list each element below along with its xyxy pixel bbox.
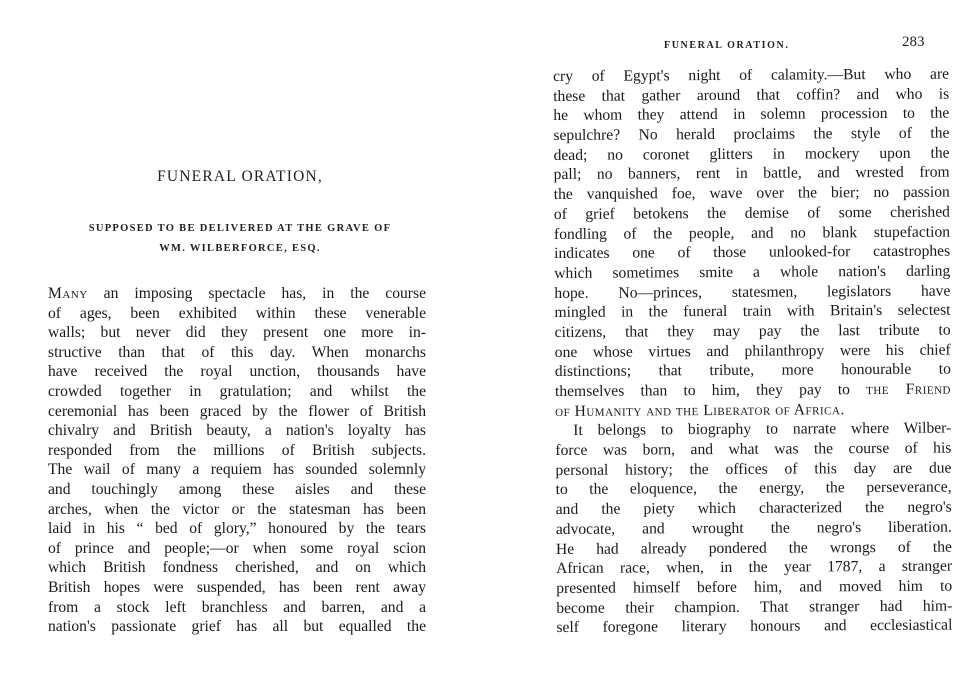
text-line: of grief betokens the demise of some che… (554, 202, 950, 224)
small-caps-phrase: the Friend (866, 381, 951, 399)
text-line: he whom they attend in solemn procession… (553, 104, 949, 126)
text-line: He had already pondered the wrongs of th… (556, 537, 952, 559)
text-line: hope. No—princes, statesmen, legislators… (554, 281, 950, 303)
left-page: FUNERAL ORATION, SUPPOSED TO BE DELIVERE… (0, 0, 490, 684)
subtitle-line: WM. WILBERFORCE, ESQ. (0, 239, 480, 259)
text-line: the vanquished foe, wave over the bier; … (554, 183, 950, 205)
text-line: have received the royal unction, thousan… (48, 362, 426, 382)
text-line: mingled in the funeral train with Britai… (554, 301, 950, 323)
small-caps-phrase: of Humanity and the Liberator of Africa. (555, 401, 845, 420)
text-line: which British fondness cherished, and on… (48, 558, 426, 578)
text-line: from a stock left branchless and barren,… (48, 598, 426, 618)
text-line: chivalry and British beauty, a nation's … (48, 421, 426, 441)
left-body-text: Many an imposing spectacle has, in the c… (48, 284, 426, 637)
text-line: dead; no coronet glitters in mockery upo… (553, 143, 949, 165)
text-line: British hopes were suspended, has been r… (48, 578, 426, 598)
text-line: these that gather around that coffin? an… (553, 84, 949, 106)
text-line: walls; but never did they present one mo… (48, 323, 426, 343)
text-line: The wail of many a requiem has sounded s… (48, 460, 426, 480)
text-line: and touchingly among these aisles and th… (48, 480, 426, 500)
text-line: African race, when, in the year 1787, a … (556, 557, 952, 579)
page-number: 283 (902, 34, 925, 51)
text-line: advocate, and wrought the negro's libera… (556, 517, 952, 539)
text-line: of ages, been exhibited within these ven… (48, 304, 426, 324)
text-line: cry of Egypt's night of calamity.—But wh… (553, 65, 949, 87)
right-body-text: cry of Egypt's night of calamity.—But wh… (553, 65, 952, 638)
text-line: of Humanity and the Liberator of Africa. (555, 399, 951, 421)
text-line: ceremonial has been graced by the flower… (48, 402, 426, 422)
text-line: which sometimes smite a whole nation's d… (554, 261, 950, 283)
text-line: laid in his “ bed of glory,” honoured by… (48, 519, 426, 539)
text-line: structive than that of this day. When mo… (48, 343, 426, 363)
running-head: FUNERAL ORATION. (664, 40, 789, 51)
drop-word: Many (48, 285, 88, 302)
text-line: pall; no banners, rent in battle, and wr… (554, 163, 950, 185)
text-line: presented himself before him, and moved … (556, 576, 952, 598)
text-line: It belongs to biography to narrate where… (555, 419, 951, 441)
text-line: fondling of the people, and no blank stu… (554, 222, 950, 244)
text-line: themselves than to him, they pay to the … (555, 380, 951, 402)
text-line: responded from the millions of British s… (48, 441, 426, 461)
text-line: one whose virtues and philanthropy were … (555, 340, 951, 362)
text-line: self foregone literary honours and eccle… (556, 616, 952, 638)
text-line: arches, when the victor or the statesman… (48, 500, 426, 520)
text-line: distinctions; that tribute, more honoura… (555, 360, 951, 382)
text-line: force was born, and what was the course … (555, 439, 951, 461)
text-line: citizens, that they may pay the last tri… (555, 321, 951, 343)
oration-subtitle: SUPPOSED TO BE DELIVERED AT THE GRAVE OF… (0, 219, 480, 259)
oration-title: FUNERAL ORATION, (0, 168, 480, 186)
text-line: personal history; the offices of this da… (555, 458, 951, 480)
subtitle-line: SUPPOSED TO BE DELIVERED AT THE GRAVE OF (0, 219, 480, 239)
text-line: crowded together in gratulation; and whi… (48, 382, 426, 402)
text-line: of prince and people;—or when some royal… (48, 539, 426, 559)
text-line: Many an imposing spectacle has, in the c… (48, 284, 426, 304)
text-line: indicates one of those unlooked-for cata… (554, 242, 950, 264)
right-page: FUNERAL ORATION. 283 cry of Egypt's nigh… (490, 0, 980, 684)
text-line: and the piety which characterized the ne… (556, 498, 952, 520)
text-line: to the eloquence, the energy, the persev… (556, 478, 952, 500)
text-line: sepulchre? No herald proclaims the style… (553, 124, 949, 146)
text-line: become their champion. That stranger had… (556, 596, 952, 618)
text-line: nation's passionate grief has all but eq… (48, 617, 426, 637)
